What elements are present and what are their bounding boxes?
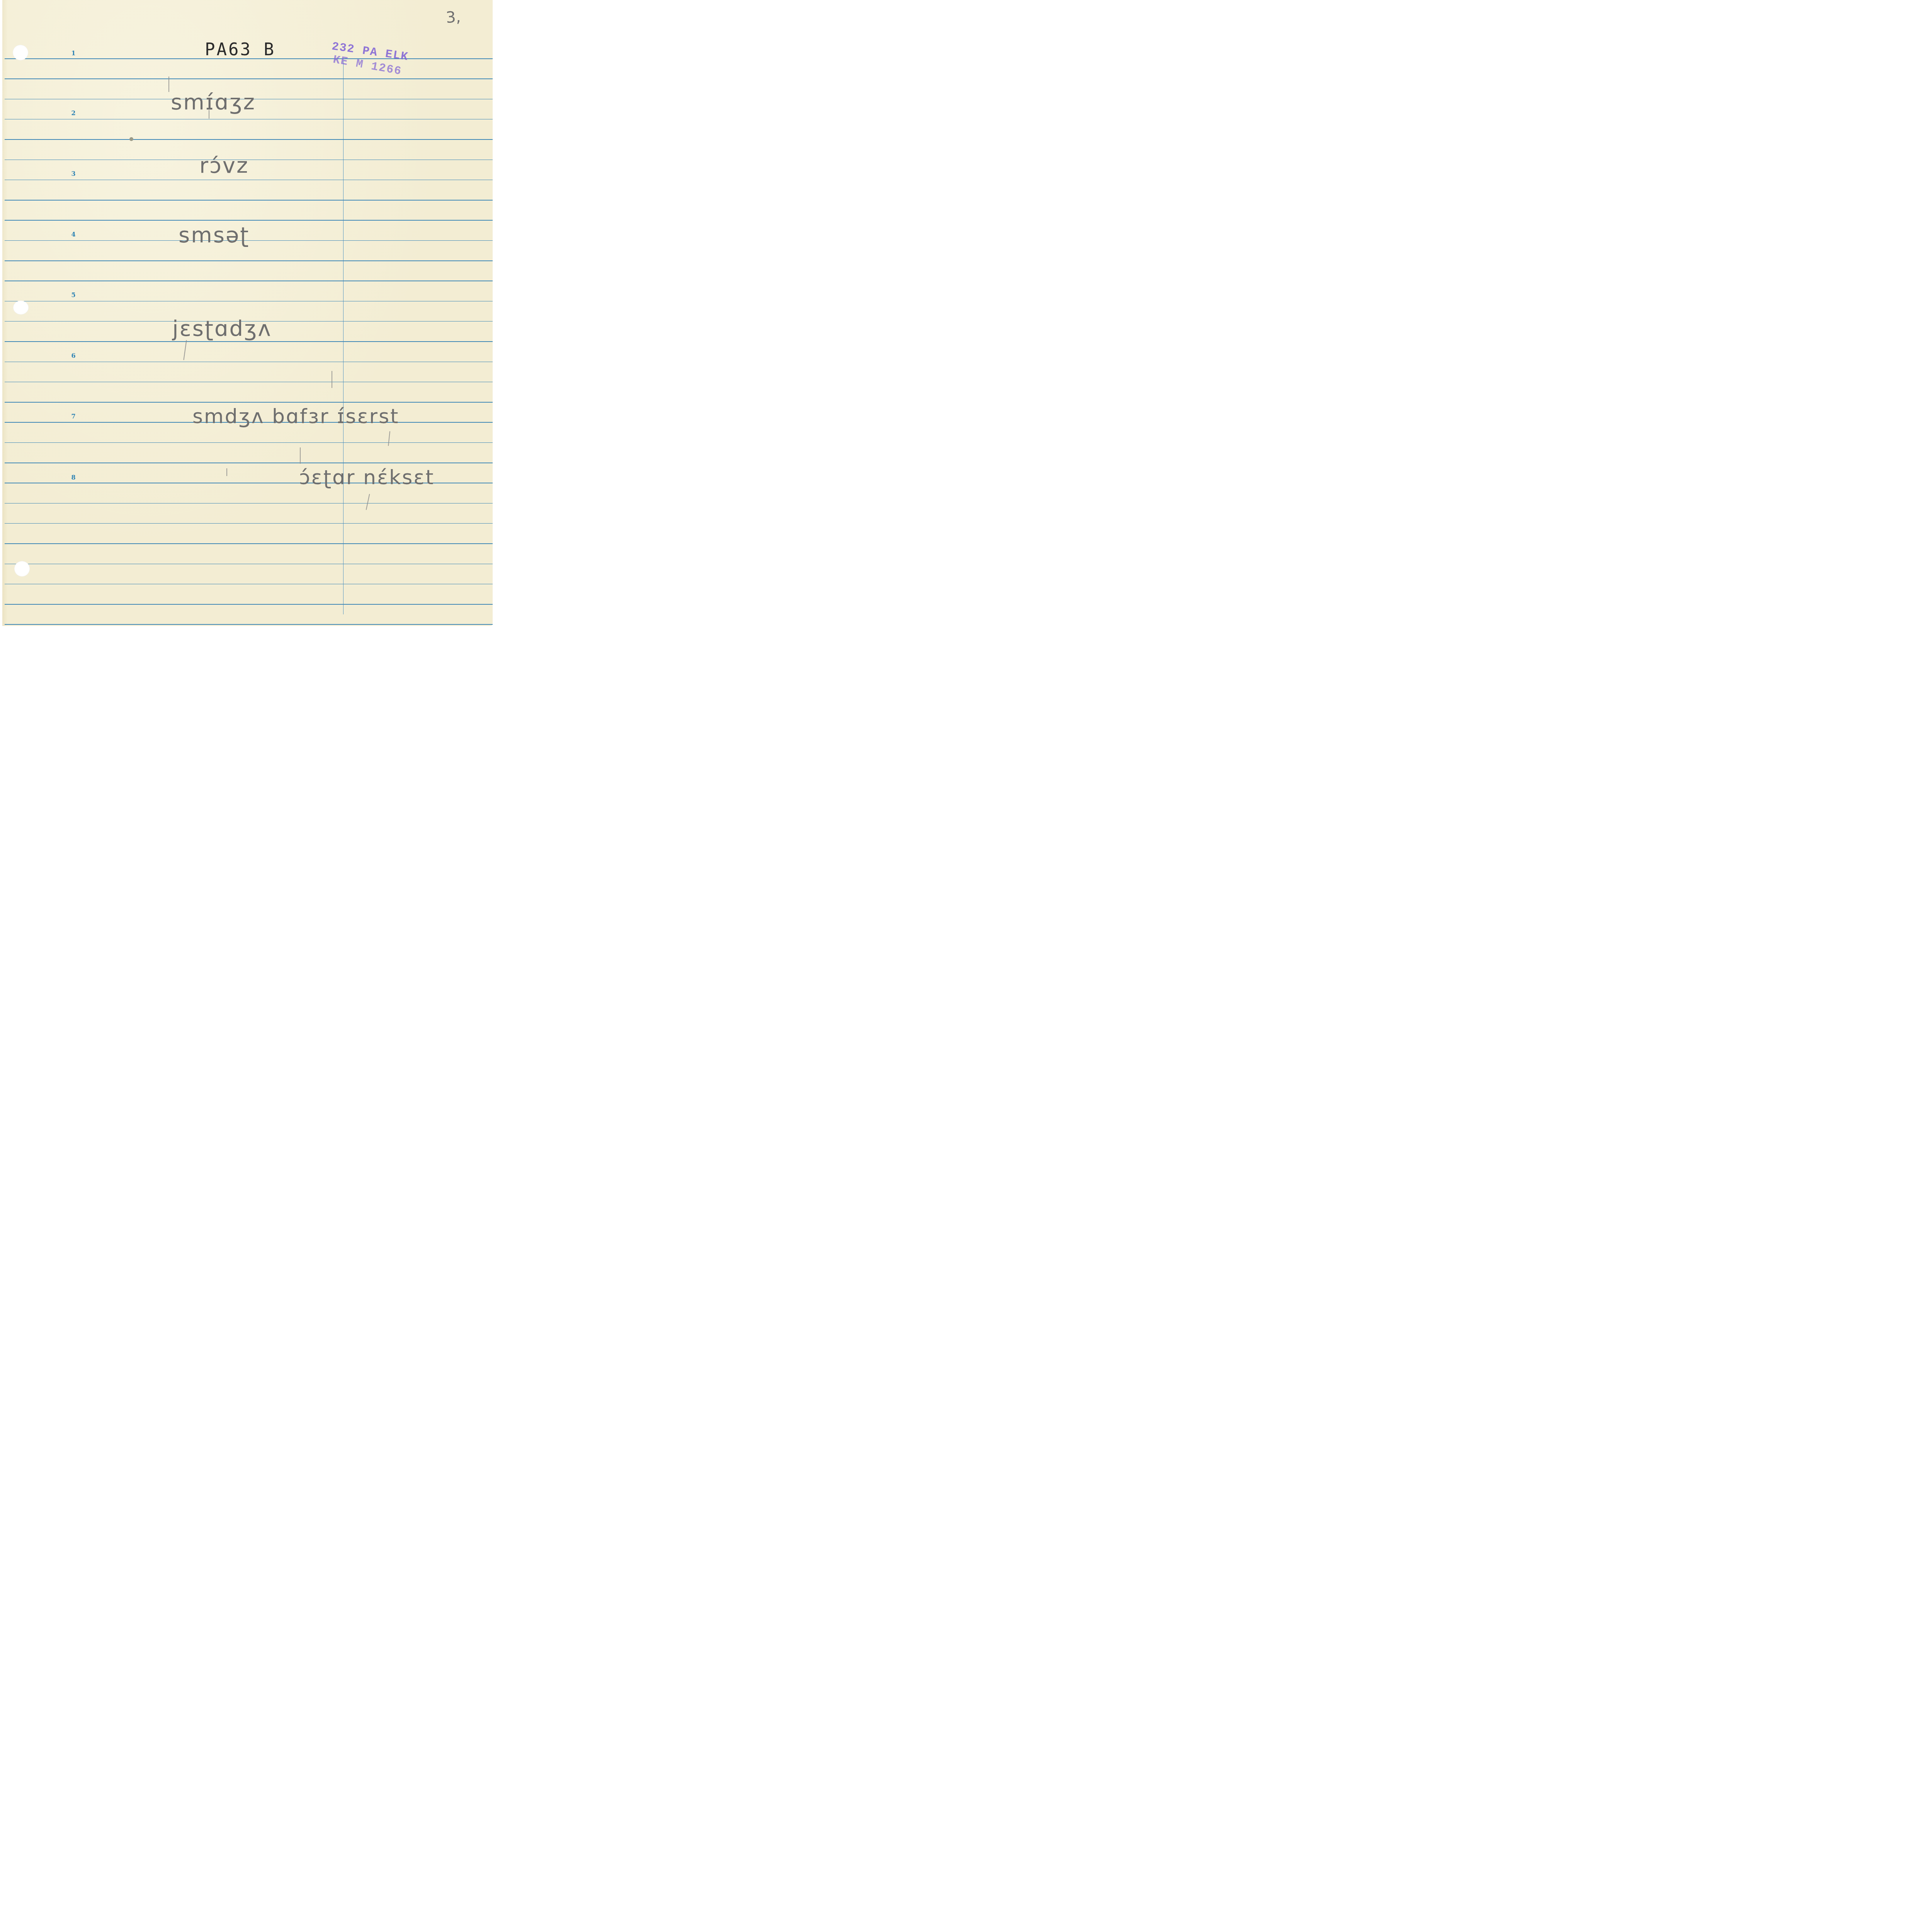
ruled-line bbox=[5, 119, 493, 120]
ruled-line bbox=[5, 341, 493, 342]
stress-mark bbox=[168, 77, 169, 92]
line-number: 8 bbox=[69, 474, 78, 481]
ruled-line bbox=[5, 200, 493, 201]
ruled-line bbox=[5, 463, 493, 463]
ruled-line bbox=[5, 139, 493, 140]
line-number: 4 bbox=[69, 231, 78, 238]
ruled-line bbox=[5, 442, 493, 443]
smudge-mark bbox=[129, 137, 133, 141]
handwritten-entry: ɔ́ɛʈɑr nɛ́ksɛt bbox=[299, 466, 435, 489]
ruled-line bbox=[5, 362, 493, 362]
ruled-line bbox=[5, 301, 493, 302]
line-number: 6 bbox=[69, 352, 78, 359]
handwritten-entry: smɪ́ɑʒz bbox=[171, 90, 256, 115]
page-number: 3, bbox=[445, 8, 461, 27]
line-number: 3 bbox=[69, 170, 78, 177]
ruled-line bbox=[5, 382, 493, 383]
handwritten-entry: jɛsʈɑdʒʌ bbox=[172, 316, 272, 341]
notebook-page: 1 2 3 4 5 6 7 8 PA63 B 232 PA ELK KE M 1… bbox=[2, 0, 493, 626]
stress-mark bbox=[366, 494, 370, 510]
binder-hole-top bbox=[13, 45, 28, 60]
line-number: 1 bbox=[69, 49, 78, 57]
ruled-line bbox=[5, 503, 493, 504]
ruled-line bbox=[5, 180, 493, 180]
ruled-line bbox=[5, 260, 493, 261]
pencil-mark bbox=[226, 468, 227, 476]
binder-hole-bottom bbox=[14, 561, 30, 577]
line-number: 7 bbox=[69, 413, 78, 420]
ruled-line bbox=[5, 220, 493, 221]
ruled-line bbox=[5, 523, 493, 524]
ruled-line bbox=[5, 584, 493, 585]
line-number: 2 bbox=[69, 109, 78, 117]
ruled-line bbox=[5, 604, 493, 605]
ruled-line bbox=[5, 624, 493, 625]
ruled-line bbox=[5, 78, 493, 79]
stress-mark bbox=[332, 371, 332, 388]
line-number: 5 bbox=[69, 291, 78, 299]
stress-mark bbox=[209, 110, 209, 119]
ruled-line bbox=[5, 543, 493, 544]
handwritten-entry: rɔ́vz bbox=[199, 153, 249, 178]
binder-hole-middle bbox=[13, 301, 29, 315]
handwritten-entry: smsəʈ bbox=[179, 223, 250, 248]
margin-line bbox=[343, 61, 344, 614]
ruled-line bbox=[5, 402, 493, 403]
header-code: PA63 B bbox=[205, 40, 276, 60]
handwritten-entry: smdʒʌ bɑfɜr ɪ́sɛrst bbox=[192, 405, 399, 428]
stress-mark bbox=[388, 431, 390, 446]
stress-mark bbox=[300, 447, 301, 464]
ruled-line bbox=[5, 281, 493, 281]
stress-mark bbox=[183, 340, 187, 360]
ruled-line bbox=[5, 564, 493, 565]
